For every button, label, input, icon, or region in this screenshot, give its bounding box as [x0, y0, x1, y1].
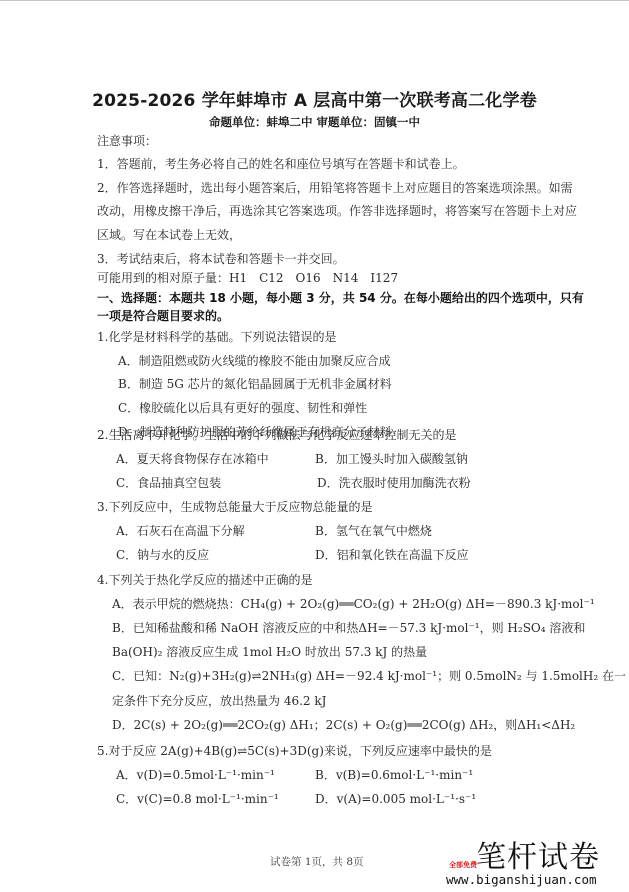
watermark-tag: 全部免费	[449, 860, 477, 870]
question-4-option-c-line-2: 定条件下充分反应，放出热量为 46.2 kJ	[112, 694, 326, 708]
question-2-option-b: B．加工馒头时加入碳酸氢钠	[315, 452, 468, 466]
notice-item-2-line-1: 2．作答选择题时，选出每小题答案后，用铅笔将答题卡上对应题目的答案选项涂黑。如需	[97, 181, 573, 195]
question-2-stem: 2.生活离不开化学。生活中的下列做法与化学反应速率控制无关的是	[97, 428, 456, 442]
question-3-option-c: C．钠与水的反应	[116, 548, 209, 562]
notice-heading: 注意事项：	[97, 134, 157, 148]
question-4-stem: 4.下列关于热化学反应的描述中正确的是	[97, 573, 312, 587]
question-3-option-a: A．石灰石在高温下分解	[116, 524, 245, 538]
notice-item-1: 1．答题前，考生务必将自己的姓名和座位号填写在答题卡和试卷上。	[97, 157, 465, 171]
question-5-option-d: D．v(A)=0.005 mol·L⁻¹·s⁻¹	[315, 792, 476, 806]
question-5-stem: 5.对于反应 2A(g)+4B(g)⇌5C(s)+3D(g)来说，下列反应速率中…	[97, 744, 492, 758]
atomic-masses: 可能用到的相对原子量：H1 C12 O16 N14 I127	[97, 271, 398, 285]
question-4-option-d: D．2C(s) + 2O₂(g)══2CO₂(g) ΔH₁；2C(s) + O₂…	[112, 718, 575, 732]
section-1-instructions-line-1: 一、选择题：本题共 18 小题，每小题 3 分，共 54 分。在每小题给出的四个…	[97, 289, 584, 306]
question-4-option-c-line-1: C．已知：N₂(g)+3H₂(g)⇌2NH₃(g) ΔH=－92.4 kJ·mo…	[112, 669, 626, 683]
question-3-option-d: D．铝和氧化铁在高温下反应	[315, 548, 469, 562]
question-2-option-c: C．食品抽真空包装	[116, 476, 221, 490]
question-4-option-a: A．表示甲烷的燃烧热：CH₄(g) + 2O₂(g)══CO₂(g) + 2H₂…	[112, 597, 595, 611]
question-1-option-b: B．制造 5G 芯片的氮化铝晶圆属于无机非金属材料	[118, 377, 392, 391]
page-number: 试卷第 1页，共 8页	[270, 854, 364, 869]
question-2-option-d: D．洗衣服时使用加酶洗衣粉	[317, 476, 471, 490]
page-top-border	[0, 0, 629, 1]
question-1-stem: 1.化学是材料科学的基础。下列说法错误的是	[97, 330, 336, 344]
question-4-option-b-line-2: Ba(OH)₂ 溶液反应生成 1mol H₂O 时放出 57.3 kJ 的热量	[112, 645, 427, 659]
exam-subtitle: 命题单位：蚌埠二中 审题单位：固镇一中	[0, 114, 629, 130]
notice-item-2-line-2: 改动，用橡皮擦干净后，再选涂其它答案选项。作答非选择题时，将答案写在答题卡上对应	[97, 204, 577, 218]
question-1-option-c: C．橡胶硫化以后具有更好的强度、韧性和弹性	[118, 401, 367, 415]
question-5-option-b: B．v(B)=0.6mol·L⁻¹·min⁻¹	[315, 768, 473, 782]
question-3-option-b: B．氢气在氧气中燃烧	[315, 524, 432, 538]
watermark-url[interactable]: www.biganshijuan.com	[446, 872, 597, 887]
notice-item-2-line-3: 区域。写在本试卷上无效，	[97, 228, 241, 242]
question-3-stem: 3.下列反应中，生成物总能量大于反应物总能量的是	[97, 500, 372, 514]
watermark-brand: 笔杆试卷	[476, 832, 600, 876]
question-5-option-a: A．v(D)=0.5mol·L⁻¹·min⁻¹	[116, 768, 275, 782]
question-5-option-c: C．v(C)=0.8 mol·L⁻¹·min⁻¹	[116, 792, 279, 806]
question-2-option-a: A．夏天将食物保存在冰箱中	[116, 452, 269, 466]
notice-item-3: 3．考试结束后，将本试卷和答题卡一并交回。	[97, 252, 345, 266]
section-1-instructions-line-2: 一项是符合题目要求的。	[97, 307, 229, 324]
question-4-option-b-line-1: B．已知稀盐酸和稀 NaOH 溶液反应的中和热ΔH=－57.3 kJ·mol⁻¹…	[112, 621, 585, 635]
exam-title: 2025-2026 学年蚌埠市 A 层高中第一次联考高二化学卷	[0, 86, 629, 111]
question-1-option-a: A．制造阻燃或防火线缆的橡胶不能由加聚反应合成	[118, 354, 391, 368]
